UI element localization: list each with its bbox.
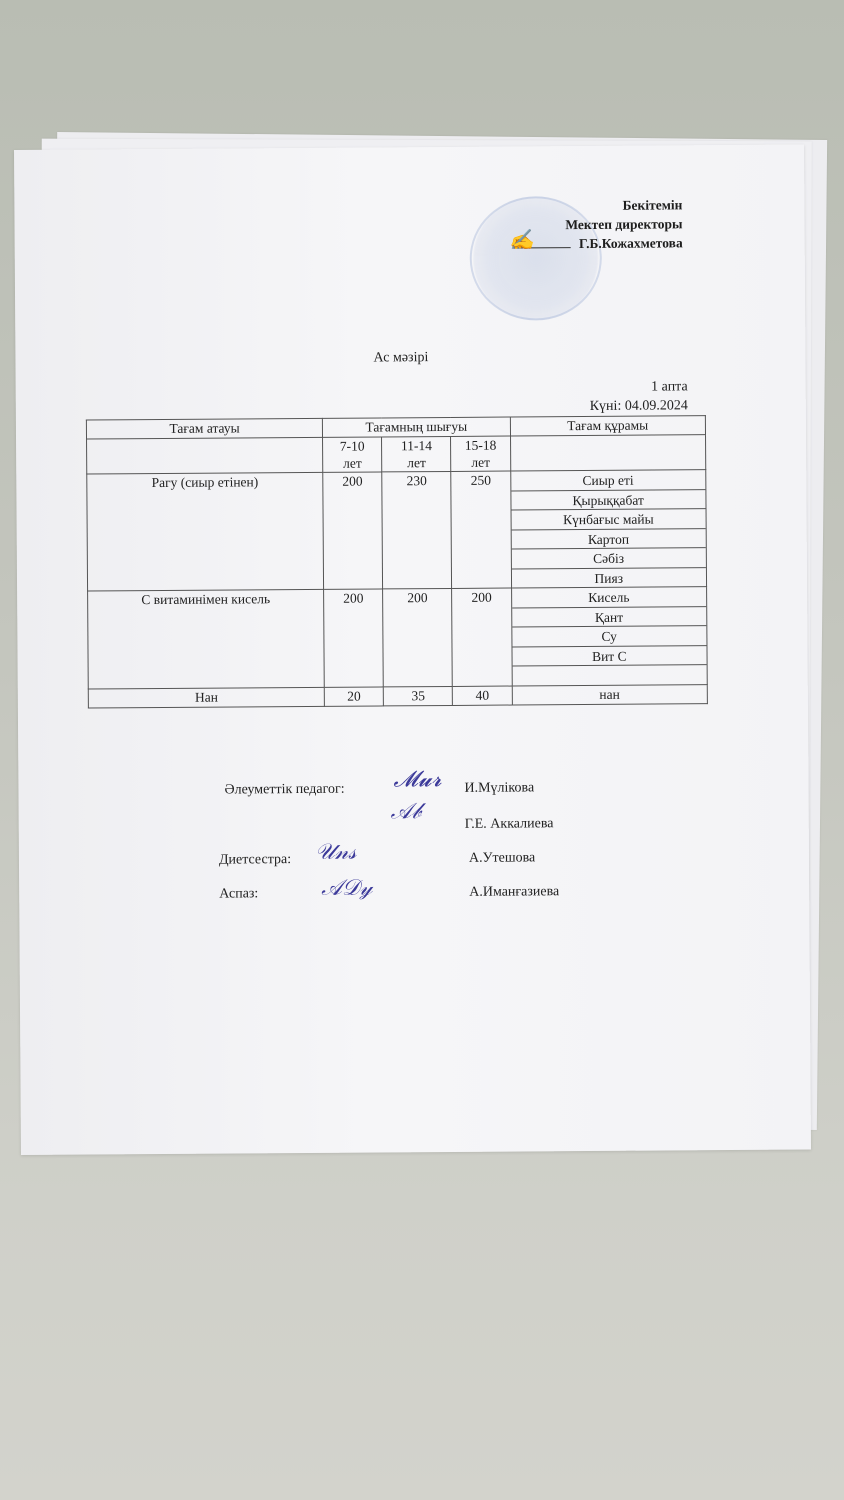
signature-name: А.Утешова <box>469 850 535 866</box>
portion-value: 250 <box>451 471 511 588</box>
date-label: Күні: 04.09.2024 <box>590 396 688 416</box>
signature-utешova-icon: 𝒰𝓃𝓈 <box>315 840 357 865</box>
week-label: 1 апта <box>589 377 687 397</box>
signature-name: И.Мүлікова <box>464 780 534 796</box>
table-row: С витаминімен кисель 200 200 200 Кисель … <box>88 587 708 689</box>
header-dish-name: Тағам атауы <box>86 418 322 439</box>
signature-akkalieva-icon: 𝒜𝒷 <box>391 799 421 824</box>
header-empty-composition <box>510 435 706 471</box>
signature-imangazieva-icon: 𝒜𝒟𝓎 <box>321 876 372 901</box>
dish-name: Нан <box>88 687 324 708</box>
document-page: Бекітемін Мектеп директоры ✍Г.Б.Кожахмет… <box>14 144 811 1154</box>
page-title: Ас мәзірі <box>373 350 428 366</box>
portion-value: 200 <box>383 588 453 686</box>
ingredients-cell: Кисель Қант Су Вит С <box>511 587 707 686</box>
signature-name: Г.Е. Аккалиева <box>465 816 554 833</box>
director-signature-icon: ✍ <box>509 231 534 250</box>
ingredient: нан <box>512 684 708 704</box>
portion-value: 200 <box>323 472 383 589</box>
table-row: Нан 20 35 40 нан <box>88 684 707 707</box>
signature-role: Диетсестра: <box>219 852 291 869</box>
ingredient: Қырыққабат <box>511 490 706 511</box>
age-group-7-10: 7-10лет <box>323 437 382 472</box>
header-portion: Тағамның шығуы <box>323 417 510 437</box>
approval-position: Мектеп директоры <box>513 214 683 234</box>
ingredient: Сиыр еті <box>511 470 706 491</box>
signatures-block: Әлеуметтік педагог: И.Мүлікова 𝓜𝓾𝓻 𝒜𝒷 Г.… <box>18 764 808 770</box>
signature-name: А.Иманғазиева <box>469 884 559 901</box>
ingredient: Картоп <box>511 529 706 550</box>
signature-role: Әлеуметтік педагог: <box>224 782 344 799</box>
week-date-block: 1 апта Күні: 04.09.2024 <box>589 377 687 416</box>
ingredient: Қант <box>512 607 707 628</box>
age-group-11-14: 11-14лет <box>382 436 451 471</box>
ingredient <box>512 665 707 685</box>
portion-value: 200 <box>452 588 512 686</box>
ingredient: Вит С <box>512 646 707 667</box>
ingredient: Күнбағыс майы <box>511 509 706 530</box>
header-empty <box>87 437 323 474</box>
portion-value: 200 <box>324 589 384 687</box>
dish-name: Рагу (сиыр етінен) <box>87 472 324 591</box>
signature-mulikova-icon: 𝓜𝓾𝓻 <box>393 767 441 792</box>
portion-value: 20 <box>324 686 383 705</box>
ingredient: Пияз <box>511 568 706 588</box>
approval-director-name: Г.Б.Кожахметова <box>579 235 683 251</box>
table-row: Рагу (сиыр етінен) 200 230 250 Сиыр еті … <box>87 470 707 591</box>
portion-value: 35 <box>383 686 452 705</box>
age-group-15-18: 15-18лет <box>451 436 510 471</box>
signature-role: Аспаз: <box>219 886 258 902</box>
ingredient: Су <box>512 626 707 647</box>
director-signature-line: ✍ <box>513 247 571 248</box>
header-composition: Тағам құрамы <box>510 416 706 436</box>
ingredient: Сәбіз <box>511 548 706 569</box>
portion-value: 230 <box>382 471 452 588</box>
approval-block: Бекітемін Мектеп директоры ✍Г.Б.Кожахмет… <box>513 195 683 253</box>
ingredients-cell: Сиыр еті Қырыққабат Күнбағыс майы Картоп… <box>510 470 706 588</box>
approval-heading: Бекітемін <box>513 195 683 215</box>
portion-value: 40 <box>453 686 512 705</box>
dish-name: С витаминімен кисель <box>88 589 325 688</box>
menu-table: Тағам атауы Тағамның шығуы Тағам құрамы … <box>86 415 708 708</box>
ingredient: Кисель <box>512 587 707 608</box>
